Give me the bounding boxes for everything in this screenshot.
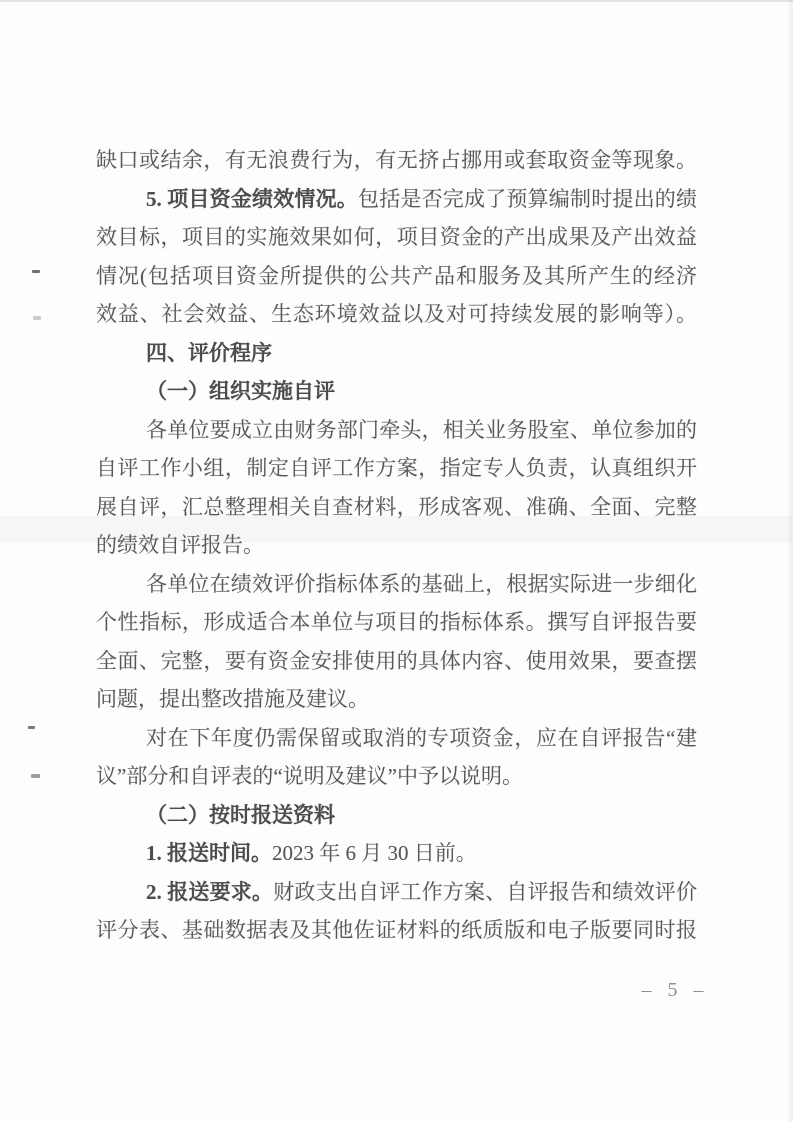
document-body: 缺口或结余，有无浪费行为，有无挤占挪用或套取资金等现象。 5. 项目资金绩效情况…: [96, 141, 697, 950]
heading-section-4: 四、评价程序: [96, 334, 697, 373]
text-segment: 2023 年 6 月 30 日前。: [272, 841, 477, 865]
scan-mark: [28, 726, 35, 729]
text-line: 议”部分和自评表的“说明及建议”中予以说明。: [96, 757, 697, 796]
text-line: 各单位要成立由财务部门牵头，相关业务股室、单位参加的: [96, 411, 697, 450]
text-line: 5. 项目资金绩效情况。包括是否完成了预算编制时提出的绩: [96, 180, 697, 219]
item-5-label: 5. 项目资金绩效情况。: [146, 187, 358, 211]
scanned-document-page: 缺口或结余，有无浪费行为，有无挤占挪用或套取资金等现象。 5. 项目资金绩效情况…: [0, 0, 793, 1122]
text-line: 效目标，项目的实施效果如何，项目资金的产出成果及产出效益: [96, 218, 697, 257]
scan-mark: [31, 774, 40, 778]
text-line: 各单位在绩效评价指标体系的基础上，根据实际进一步细化: [96, 565, 697, 604]
text-line: 问题，提出整改措施及建议。: [96, 680, 697, 719]
heading-subsection-2: （二）按时报送资料: [96, 796, 697, 835]
text-line: 展自评，汇总整理相关自查材料，形成客观、准确、全面、完整: [96, 488, 697, 527]
text-line: 全面、完整，要有资金安排使用的具体内容、使用效果，要查摆: [96, 642, 697, 681]
text-line: 情况(包括项目资金所提供的公共产品和服务及其所产生的经济: [96, 257, 697, 296]
text-line: 效益、社会效益、生态环境效益以及对可持续发展的影响等）。: [96, 295, 697, 334]
text-line: 对在下年度仍需保留或取消的专项资金，应在自评报告“建: [96, 719, 697, 758]
scan-mark: [32, 270, 40, 273]
text-line: 1. 报送时间。2023 年 6 月 30 日前。: [96, 834, 697, 873]
heading-subsection-1: （一）组织实施自评: [96, 372, 697, 411]
page-number: – 5 –: [618, 974, 728, 1006]
text-line: 的绩效自评报告。: [96, 526, 697, 565]
item-2-label: 2. 报送要求。: [146, 880, 273, 904]
scan-top-edge-line: [0, 0, 793, 2]
scan-mark: [33, 316, 41, 320]
text-line: 个性指标，形成适合本单位与项目的指标体系。撰写自评报告要: [96, 603, 697, 642]
text-line: 2. 报送要求。财政支出自评工作方案、自评报告和绩效评价: [96, 873, 697, 912]
text-segment: 财政支出自评工作方案、自评报告和绩效评价: [273, 880, 697, 904]
item-1-label: 1. 报送时间。: [146, 841, 272, 865]
text-line: 缺口或结余，有无浪费行为，有无挤占挪用或套取资金等现象。: [96, 141, 697, 180]
text-line: 评分表、基础数据表及其他佐证材料的纸质版和电子版要同时报: [96, 911, 697, 950]
text-segment: 包括是否完成了预算编制时提出的绩: [358, 187, 697, 211]
scan-right-edge-shadow: [789, 0, 793, 1122]
text-line: 自评工作小组，制定自评工作方案，指定专人负责，认真组织开: [96, 449, 697, 488]
